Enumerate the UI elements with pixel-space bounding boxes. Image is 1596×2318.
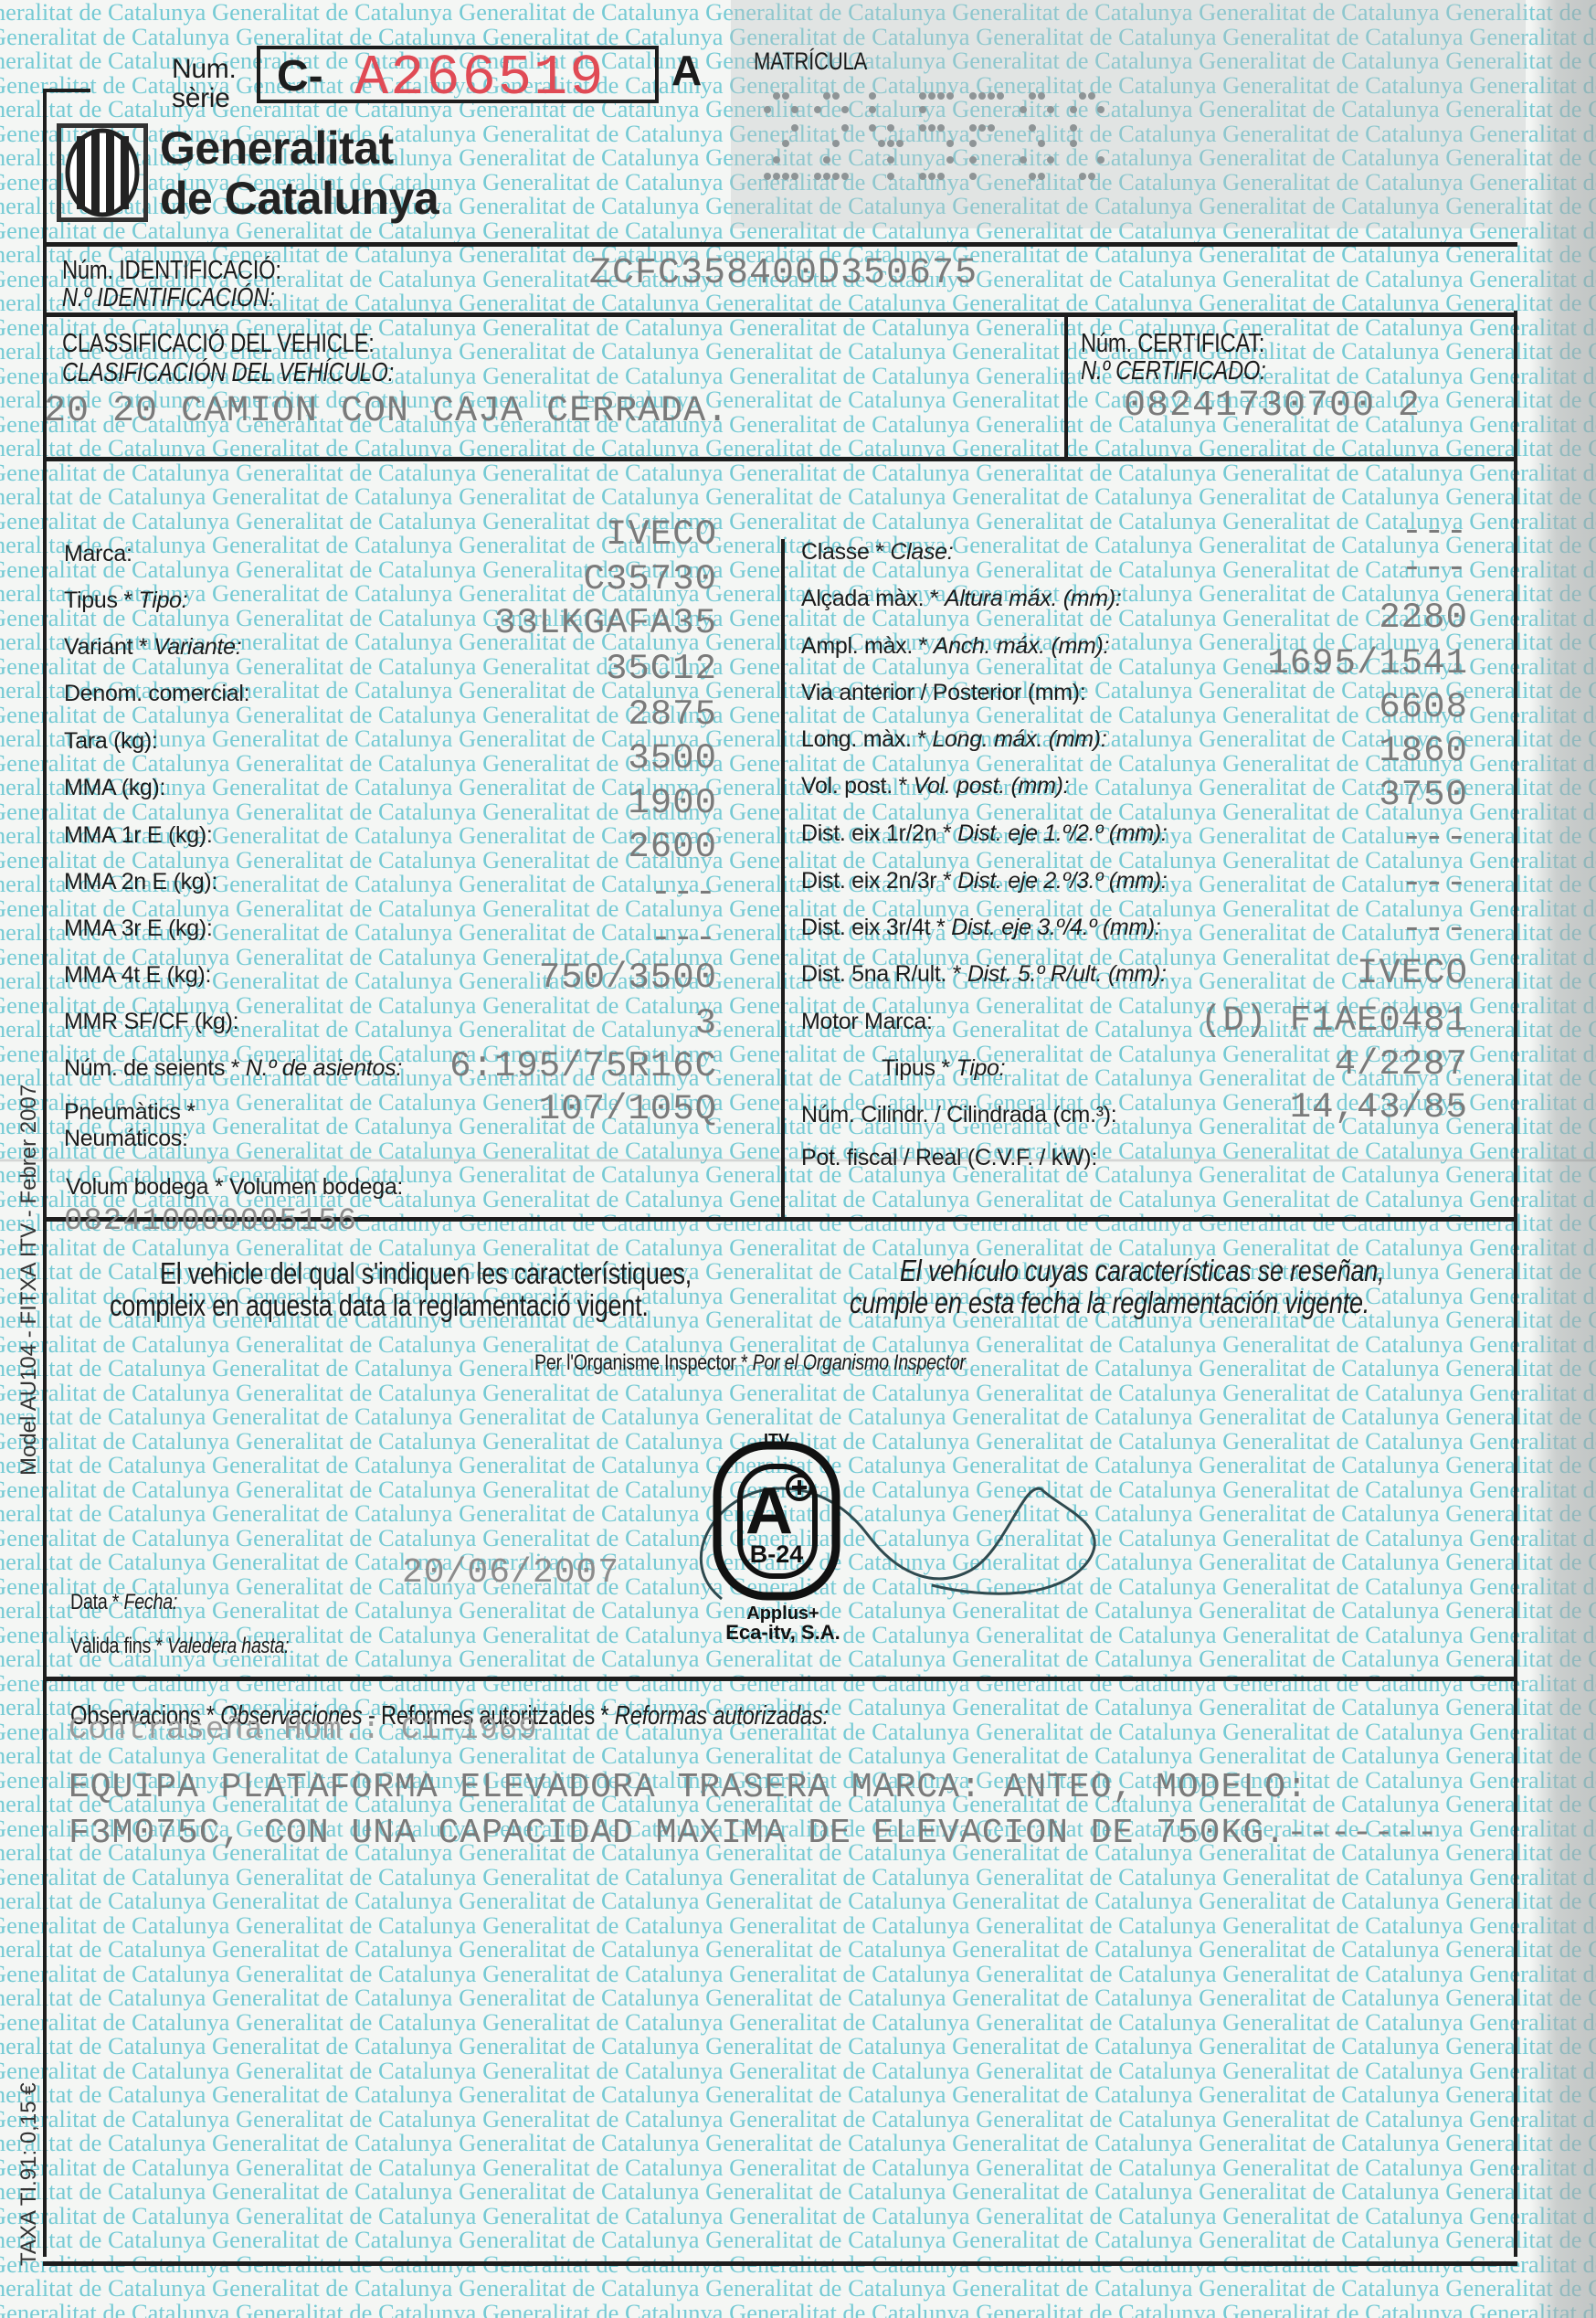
field-dist12-value: 3750 (1379, 775, 1468, 815)
field-cilindrada-label: Núm. Cilindr. / Cilindrada (cm.³): (801, 1102, 1116, 1128)
field-tipus-label: Tipus * Tipo: (64, 587, 187, 614)
field-volpost-label: Vol. post. * Vol. post. (mm): (801, 773, 1069, 799)
compliance-es-line2: cumple en esta fecha la reglamentación v… (850, 1286, 1369, 1320)
field-marca-value: IVECO (606, 514, 717, 555)
classification-label-ca: CLASSIFICACIÓ DEL VEHICLE: (62, 329, 375, 359)
serial-number-box: C- A266519 (257, 46, 659, 103)
field-marca-label: Marca: (64, 541, 132, 567)
observations-line2: F3M075C, CON UNA CAPACIDAD MAXIMA DE ELE… (69, 1814, 1439, 1853)
field-motor-marca-label: Motor Marca: (801, 1009, 933, 1035)
field-mma3-value: --- (650, 873, 717, 913)
field-dist23-value: --- (1401, 818, 1468, 858)
issuer-name-line2: de Catalunya (160, 172, 439, 225)
field-motor-marca-value: IVECO (1357, 953, 1468, 993)
inspector-label: Per l'Organisme Inspector * Por el Organ… (534, 1350, 966, 1376)
field-seients-label: Núm. de seients * N.º de asientos: (64, 1055, 402, 1082)
field-seients-value: 3 (695, 1003, 717, 1043)
field-dist34-value: --- (1401, 863, 1468, 904)
field-mma2-value: 2600 (628, 827, 717, 867)
observations-line1: EQUIPA PLATAFORMA ELEVADORA TRASERA MARC… (69, 1768, 1308, 1807)
serial-label: Num. sèrie (172, 55, 236, 113)
compliance-ca-line1: El vehicle del qual s'indiquen les carac… (160, 1256, 692, 1291)
valid-until-label: Vàlida fins * Valedera hasta: (70, 1634, 289, 1659)
field-classe-label: Classe * Clase: (801, 539, 953, 566)
certificate-divider (1064, 312, 1068, 459)
field-amplada-value: 2280 (1379, 598, 1468, 638)
field-dist12-label: Dist. eix 1r/2n * Dist. eje 1.º/2.º (mm)… (801, 820, 1168, 847)
field-alcada-value: --- (1401, 548, 1468, 588)
classification-value: 20 20 CAMION CON CAJA CERRADA. (44, 391, 729, 432)
serial-label-line2: sèrie (172, 84, 236, 113)
compliance-es-line1: El vehículo cuyas características se res… (900, 1254, 1384, 1288)
field-potencia-value: 14,43/85 (1290, 1087, 1468, 1127)
classification-label-es: CLASIFICACIÓN DEL VEHÍCULO: (62, 358, 394, 388)
field-variant-label: Variant * Variante: (64, 634, 241, 661)
plate-label: MATRÍCULA (754, 48, 867, 76)
field-tara-label: Tara (kg): (64, 728, 158, 755)
rule-after-header (43, 242, 1517, 247)
cargo-struck-number: 082410000005156 (64, 1204, 357, 1239)
rule-before-observations (43, 1677, 1517, 1681)
paper-fold (0, 1159, 1596, 1162)
svg-text:Eca-itv, S.A.: Eca-itv, S.A. (725, 1621, 840, 1644)
field-cilindrada-value: 4/2287 (1335, 1044, 1468, 1085)
field-dist5-value: --- (1401, 909, 1468, 949)
field-via-value: 1695/1541 (1267, 643, 1468, 683)
field-denom-label: Denom. comercial: (64, 681, 249, 707)
field-neumaticos-value: 107/105Q (539, 1089, 717, 1129)
field-mmr-label: MMR SF/CF (kg): (64, 1009, 238, 1035)
frame-bottom (43, 2261, 1517, 2266)
field-mmr-value: 750/3500 (539, 958, 717, 998)
field-mma1-value: 1900 (628, 783, 717, 823)
serial-prefix: C- (277, 51, 323, 101)
field-pneumatics-value: 6:195/75R16C (449, 1046, 717, 1086)
homologation-password: Contraseña Hom.: C1-1969 (69, 1713, 538, 1748)
field-mma2-label: MMA 2n E (kg): (64, 869, 217, 895)
field-dist5-label: Dist. 5na R/ult. * Dist. 5.º R/ult. (mm)… (801, 961, 1167, 988)
serial-number: A266519 (354, 46, 605, 111)
serial-suffix: A (671, 46, 702, 95)
field-longitud-label: Long. màx. * Long. máx. (mm): (801, 726, 1106, 753)
field-mma-value: 3500 (628, 738, 717, 778)
plate-braille-dots (749, 78, 1261, 187)
field-mma4-value: --- (650, 918, 717, 958)
field-longitud-value: 6608 (1379, 687, 1468, 727)
field-tipus-value: C35730 (584, 559, 717, 599)
field-dist23-label: Dist. eix 2n/3r * Dist. eje 2.º/3.º (mm)… (801, 868, 1168, 894)
rule-after-classification (43, 457, 1517, 461)
field-motor-tipus-value: (D) F1AE0481 (1200, 1000, 1468, 1041)
certificate-value: 08241730700 2 (1124, 386, 1421, 427)
form-model-side-text: Model AU104 - FITXA ITV - Febrer 2007 (16, 1085, 42, 1476)
field-potencia-label: Pot. fiscal / Real (C.V.F. / kW): (801, 1145, 1097, 1171)
field-variant-value: 33LKGAFA35 (494, 603, 717, 643)
field-alcada-label: Alçada màx. * Altura máx. (mm): (801, 586, 1122, 612)
inspector-stamp-icon: ITV A B-24 Applus+ Eca-itv, S.A. (658, 1425, 1133, 1645)
tax-side-text: TAXA TI.91: 0,15 € (16, 2082, 42, 2266)
svg-text:ITV: ITV (764, 1431, 789, 1449)
issuer-name-line1: Generalitat (160, 122, 394, 175)
field-mma4-label: MMA 4t E (kg): (64, 962, 211, 989)
field-mma1-label: MMA 1r E (kg): (64, 822, 213, 849)
field-volpost-value: 1860 (1379, 731, 1468, 771)
field-denom-value: 35C12 (606, 649, 717, 689)
date-label: Data * Fecha: (70, 1590, 177, 1615)
field-pneumatics-label: Pneumàtics * (64, 1099, 196, 1126)
cargo-volume-label: Volum bodega * Volumen bodega: (66, 1174, 403, 1201)
certificate-label-ca: Núm. CERTIFICAT: (1081, 329, 1264, 359)
frame-right (1514, 311, 1517, 2257)
field-mma-label: MMA (kg): (64, 775, 165, 801)
field-tara-value: 2875 (628, 694, 717, 735)
field-mma3-label: MMA 3r E (kg): (64, 916, 213, 942)
column-divider (781, 539, 785, 1220)
identification-label-ca: Núm. IDENTIFICACIÓ: (62, 256, 281, 286)
serial-label-line1: Num. (172, 55, 236, 84)
field-classe-value: --- (1401, 512, 1468, 552)
field-amplada-label: Ampl. màx. * Anch. máx. (mm): (801, 633, 1109, 660)
compliance-ca-line2: compleix en aquesta data la reglamentaci… (110, 1288, 649, 1323)
certificate-label-es: N.º CERTIFICADO: (1081, 356, 1266, 386)
identification-value: ZCFC358400D350675 (589, 253, 978, 294)
field-neumaticos-label: Neumáticos: (64, 1126, 188, 1152)
svg-text:B-24: B-24 (750, 1540, 804, 1568)
frame-top-stub (43, 89, 90, 92)
generalitat-logo-icon (57, 123, 148, 222)
identification-label-es: N.º IDENTIFICACIÓN: (62, 283, 275, 313)
date-value: 20/06/2007 (402, 1553, 619, 1593)
field-motor-tipus-label: Tipus * Tipo: (882, 1055, 1005, 1082)
field-via-label: Via anterior / Posterior (mm): (801, 680, 1085, 706)
field-dist34-label: Dist. eix 3r/4t * Dist. eje 3.º/4.º (mm)… (801, 915, 1161, 941)
